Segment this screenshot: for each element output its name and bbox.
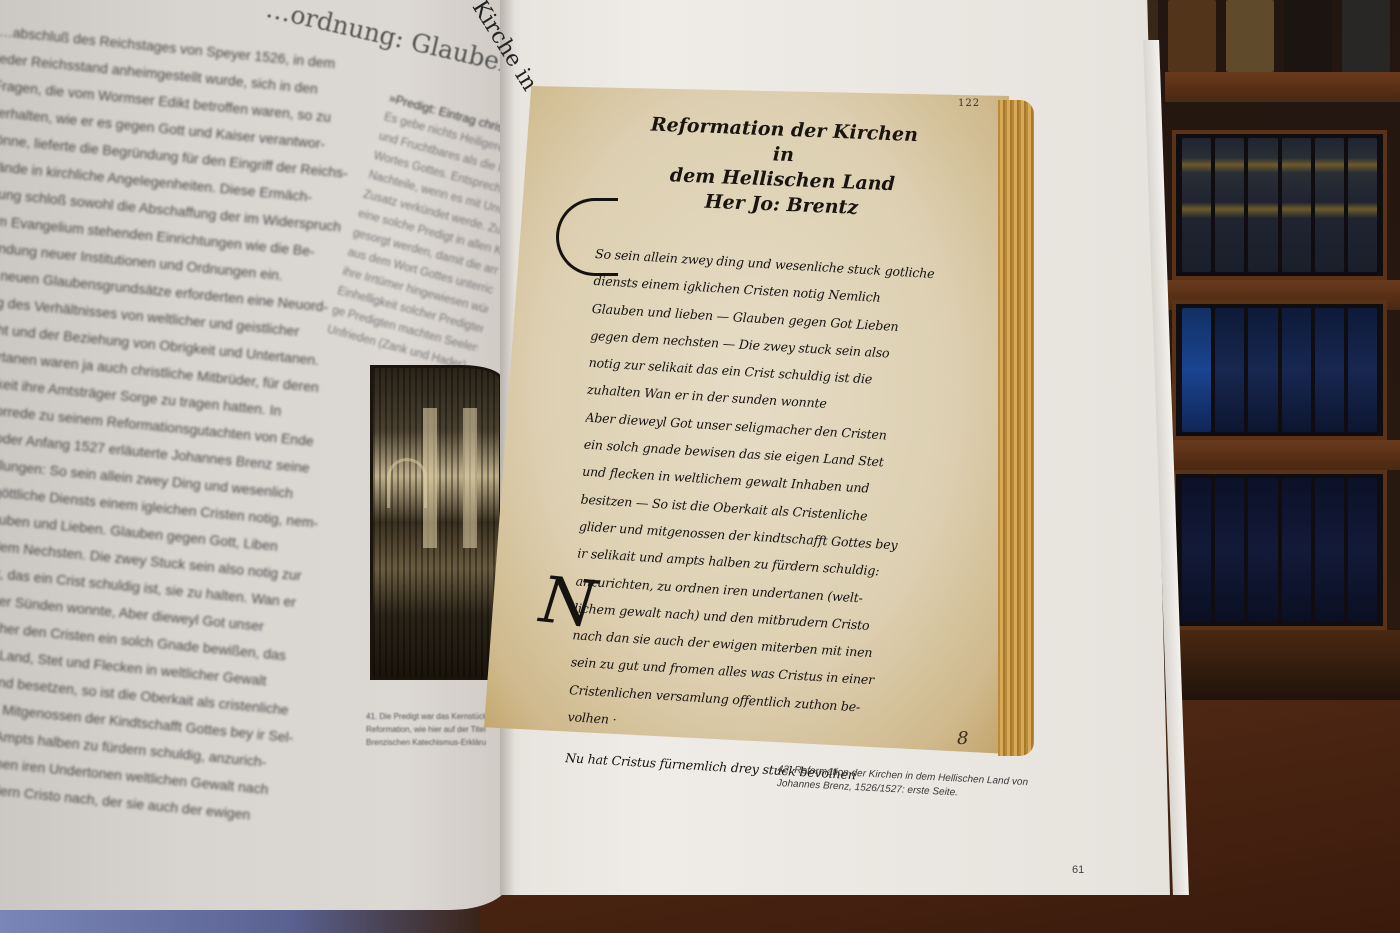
- shelf-row-dark-volumes: [1172, 470, 1387, 630]
- page-number: 61: [1072, 864, 1084, 876]
- manuscript-page-signature: 8: [957, 728, 968, 749]
- manuscript-fore-edge: [998, 100, 1034, 756]
- manuscript-folio-number: 122: [958, 98, 980, 109]
- shelf-board: [1165, 72, 1400, 102]
- woodcut-illustration: [370, 365, 502, 680]
- manuscript-body-text: So sein allein zwey ding und wesenliche …: [564, 240, 995, 795]
- shelf-base: [1165, 630, 1400, 710]
- figure-41-caption: 41. Die Predigt war das Kernstück der Re…: [366, 710, 486, 749]
- shelf-row-blue-volumes: [1172, 300, 1387, 440]
- shelf-board: [1165, 440, 1400, 470]
- manuscript-title: Reformation der Kirchen in dem Hellische…: [636, 112, 930, 224]
- manuscript-initial-n: N: [536, 563, 599, 642]
- shelf-row-gilt-volumes: [1172, 130, 1387, 280]
- photo-scene: …ordnung: Glauben und Lieben …abschluß d…: [0, 0, 1400, 933]
